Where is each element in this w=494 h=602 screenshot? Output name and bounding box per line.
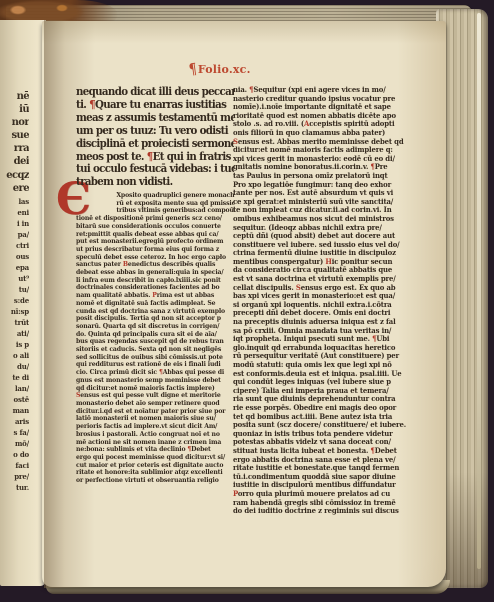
text-line: o do: [1, 449, 29, 460]
text-line: trūt: [1, 317, 29, 328]
text-line: pa/: [1, 229, 29, 240]
text-line: faci: [1, 460, 29, 471]
text-line: eni: [1, 207, 29, 218]
text-line: trabem non vidisti.: [76, 176, 234, 189]
text-line: dei: [1, 155, 29, 168]
text-line: ous: [1, 251, 29, 262]
text-line: s:de: [1, 295, 29, 306]
rubric-mark: P: [233, 489, 238, 498]
text-line: um per os tuuz: Tu vero odisti: [76, 125, 234, 138]
facing-page-fragments-small: lasenii inpa/ctriousepaut⁹tu/s:denī:sptr…: [1, 196, 29, 496]
text-line: nequando dicat illi deus peccan: [76, 86, 234, 99]
text-line: mō/: [1, 438, 29, 449]
text-line: ecqz: [1, 169, 29, 182]
capitulum-flourish-icon: ¶: [188, 60, 198, 78]
text-line: epa: [1, 262, 29, 273]
text-line: ctri: [1, 240, 29, 251]
text-line: ut⁹: [1, 273, 29, 284]
text-line: do dei iuditio doctrine z regiminis sui …: [233, 507, 427, 516]
text-line: nī:sp: [1, 306, 29, 317]
text-line: nor: [1, 116, 29, 129]
rubric-mark: ¶: [147, 150, 153, 163]
text-line: or perfectione virtuti et obseruantia re…: [76, 477, 234, 485]
text-line: ati/: [1, 328, 29, 339]
text-line: lan/: [1, 383, 29, 394]
text-line: is p: [1, 339, 29, 350]
text-line: las: [1, 196, 29, 207]
rubric-mark: ¶: [371, 162, 375, 171]
text-line: te di: [1, 372, 29, 383]
text-line: man: [1, 405, 29, 416]
text-line: tu/: [1, 284, 29, 295]
text-line: i in: [1, 218, 29, 229]
text-line: nē: [1, 90, 29, 103]
text-line: disciplinā et proiecisti sermones: [76, 138, 234, 151]
folio-number: ¶Folio.xc.: [189, 62, 251, 76]
text-line: rra: [1, 142, 29, 155]
left-column-quote: nequando dicat illi deus peccanti. ¶Quar…: [76, 86, 234, 192]
rubric-mark: ¶: [89, 98, 95, 111]
text-line: du/: [1, 361, 29, 372]
rubric-mark: ¶: [249, 86, 253, 94]
folio-label: Folio.xc.: [198, 63, 251, 76]
rubric-mark: ¶: [159, 368, 163, 376]
text-line: meas z assumis testamentū me: [76, 112, 234, 125]
text-line: o ali: [1, 350, 29, 361]
left-column-commentary: Xposito quadruplici genere monacho/rū et…: [76, 192, 234, 488]
text-line: tur.: [1, 482, 29, 493]
text-line: s fa/: [1, 427, 29, 438]
text-line: aris: [1, 416, 29, 427]
rubric-mark: ¶: [372, 334, 376, 343]
text-line: ere: [1, 182, 29, 195]
text-line: ti. ¶Quare tu enarras iustitias: [76, 99, 234, 112]
text-line: ostē: [1, 394, 29, 405]
right-column-commentary: nia. ¶Sequitur (xpi eni agere vices in m…: [233, 86, 427, 520]
rubric-mark: ¶: [371, 446, 375, 455]
facing-page-fragments-large: nēiūnorsuerradeiecqzere: [1, 90, 29, 196]
fore-edge-highlight: [477, 13, 481, 569]
text-line: iū: [1, 103, 29, 116]
book-photo: nēiūnorsuerradeiecqzere lasenii inpa/ctr…: [0, 0, 494, 602]
rubric-mark: ¶: [187, 445, 191, 453]
text-line: sue: [1, 129, 29, 142]
rubric-mark: P: [152, 291, 156, 299]
text-line: pre/: [1, 471, 29, 482]
